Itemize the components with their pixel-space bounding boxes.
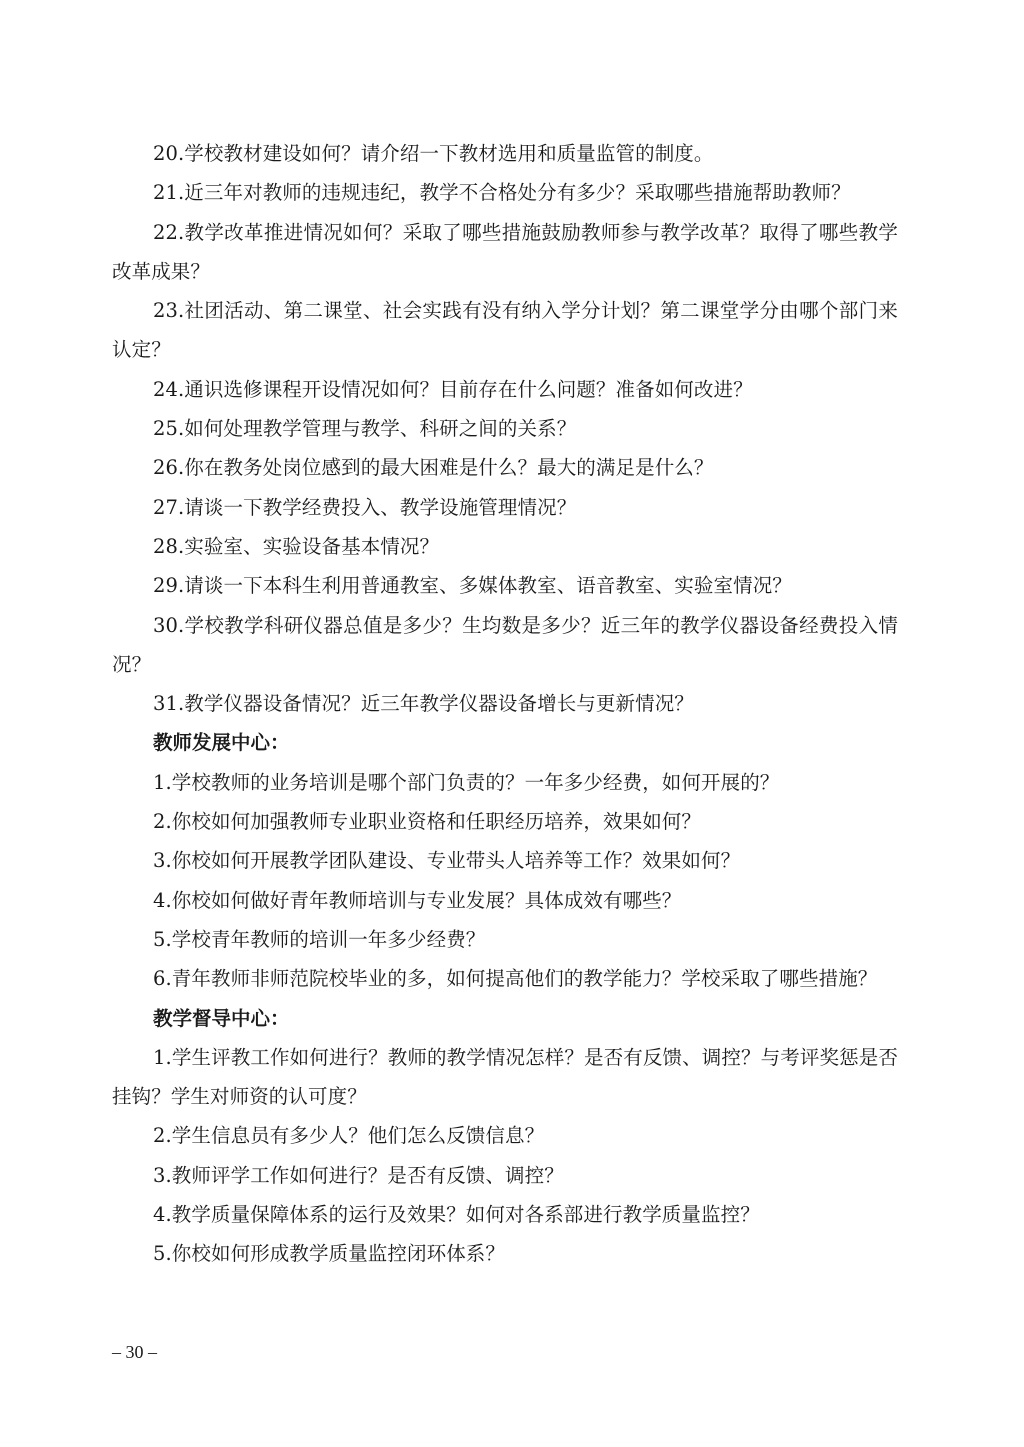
question-item: 29.请谈一下本科生利用普通教室、多媒体教室、语音教室、实验室情况？ <box>112 566 898 605</box>
question-item: 5.你校如何形成教学质量监控闭环体系？ <box>112 1234 898 1273</box>
question-item: 28.实验室、实验设备基本情况？ <box>112 527 898 566</box>
question-item: 21.近三年对教师的违规违纪，教学不合格处分有多少？采取哪些措施帮助教师？ <box>112 173 898 212</box>
section-teaching-supervision-center: 教学督导中心： 1.学生评教工作如何进行？教师的教学情况怎样？是否有反馈、调控？… <box>112 999 898 1274</box>
document-page: 20.学校教材建设如何？请介绍一下教材选用和质量监管的制度。 21.近三年对教师… <box>112 134 898 1274</box>
question-item: 2.你校如何加强教师专业职业资格和任职经历培养，效果如何？ <box>112 802 898 841</box>
question-item: 3.你校如何开展教学团队建设、专业带头人培养等工作？效果如何？ <box>112 841 898 880</box>
question-item: 2.学生信息员有多少人？他们怎么反馈信息？ <box>112 1116 898 1155</box>
question-item: 27.请谈一下教学经费投入、教学设施管理情况？ <box>112 488 898 527</box>
question-list-academic-affairs: 20.学校教材建设如何？请介绍一下教材选用和质量监管的制度。 21.近三年对教师… <box>112 134 898 723</box>
question-item: 31.教学仪器设备情况？近三年教学仪器设备增长与更新情况？ <box>112 684 898 723</box>
question-item: 20.学校教材建设如何？请介绍一下教材选用和质量监管的制度。 <box>112 134 898 173</box>
question-item: 6.青年教师非师范院校毕业的多，如何提高他们的教学能力？学校采取了哪些措施？ <box>112 959 898 998</box>
question-item: 1.学校教师的业务培训是哪个部门负责的？一年多少经费，如何开展的？ <box>112 763 898 802</box>
question-item: 25.如何处理教学管理与教学、科研之间的关系？ <box>112 409 898 448</box>
question-item: 22.教学改革推进情况如何？采取了哪些措施鼓励教师参与教学改革？取得了哪些教学改… <box>112 213 898 292</box>
question-item: 5.学校青年教师的培训一年多少经费？ <box>112 920 898 959</box>
question-item: 24.通识选修课程开设情况如何？目前存在什么问题？准备如何改进？ <box>112 370 898 409</box>
question-item: 30.学校教学科研仪器总值是多少？生均数是多少？近三年的教学仪器设备经费投入情况… <box>112 606 898 685</box>
page-number: – 30 – <box>112 1342 157 1363</box>
section-heading: 教师发展中心： <box>112 723 898 762</box>
section-teacher-development-center: 教师发展中心： 1.学校教师的业务培训是哪个部门负责的？一年多少经费，如何开展的… <box>112 723 898 998</box>
question-item: 23.社团活动、第二课堂、社会实践有没有纳入学分计划？第二课堂学分由哪个部门来认… <box>112 291 898 370</box>
section-heading: 教学督导中心： <box>112 999 898 1038</box>
question-item: 4.教学质量保障体系的运行及效果？如何对各系部进行教学质量监控？ <box>112 1195 898 1234</box>
question-item: 4.你校如何做好青年教师培训与专业发展？具体成效有哪些？ <box>112 881 898 920</box>
question-item: 26.你在教务处岗位感到的最大困难是什么？最大的满足是什么？ <box>112 448 898 487</box>
question-item: 3.教师评学工作如何进行？是否有反馈、调控？ <box>112 1156 898 1195</box>
question-item: 1.学生评教工作如何进行？教师的教学情况怎样？是否有反馈、调控？与考评奖惩是否挂… <box>112 1038 898 1117</box>
